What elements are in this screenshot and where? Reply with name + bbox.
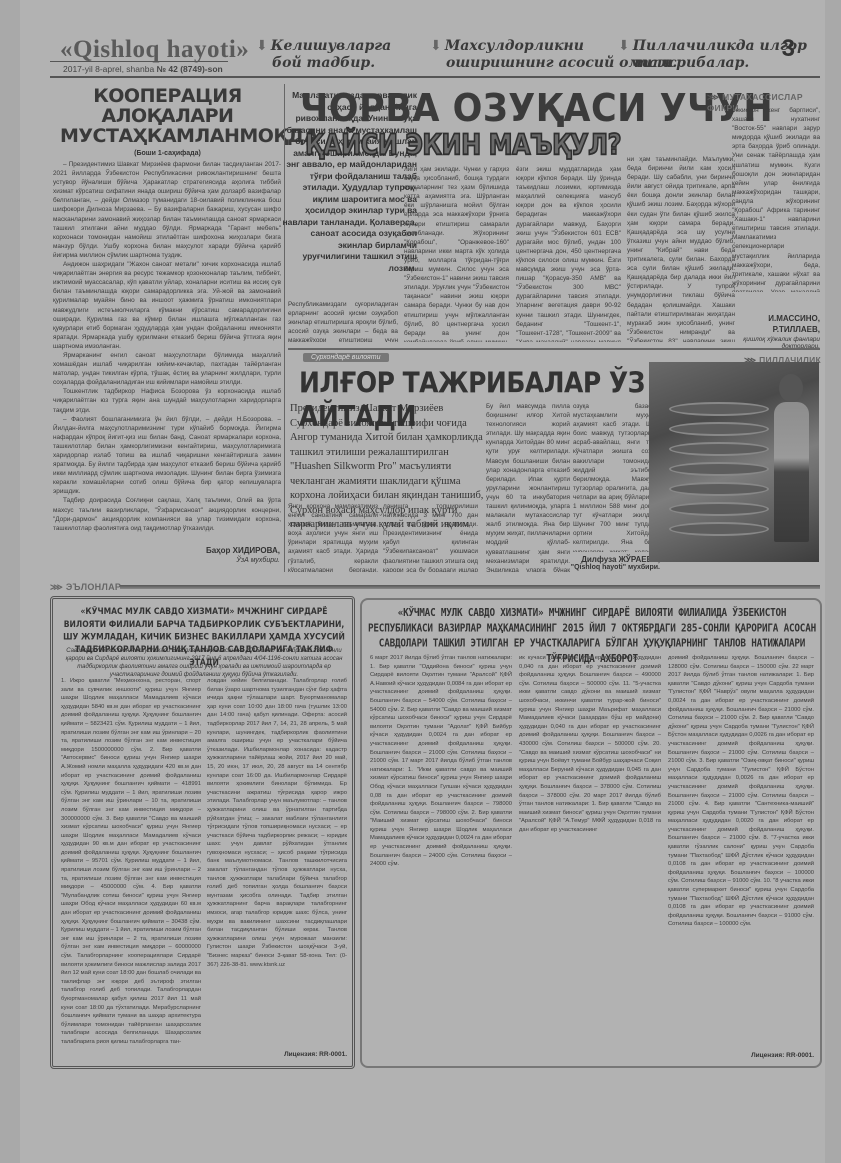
masthead-divider [50, 76, 820, 78]
ad1-col-2: ловдан кейин белгиланади. Талабгорлар ғо… [207, 677, 347, 1047]
arrow-down-icon: ⬇ [256, 38, 268, 54]
section-tag-ads: ⋙ ЭЪЛОНЛАР [50, 582, 121, 593]
ad2-col-2: ик кучаси (шаҳардан бўш ер майдони) ҳуду… [519, 654, 661, 1059]
silk-col-1: Янги корхона мамлакатимиз енгил саноатин… [288, 502, 378, 572]
ad2-col-3: доимий фойдаланиш ҳуқуқи. Бошланғич баҳо… [668, 654, 814, 1049]
teaser-1[interactable]: ⬇Келишувларга бой тадбир. [256, 38, 391, 72]
silkworm-trays-photo [649, 362, 819, 562]
ad1-col-1: 1. Ижро қаватли "Меҳмонхона, ресторан, с… [61, 677, 201, 1057]
headline-fodder-1: ЧОРВА ОЗУҚАСИ УЧУН [300, 87, 773, 131]
newspaper-title: «Qishloq hayoti» [60, 36, 249, 64]
section-marker-icon: ⋙ [50, 582, 66, 592]
issue-number: № 42 (8749)-son [157, 64, 223, 74]
newspaper-page: «Qishloq hayoti» 2017-yil 8-aprel, shanb… [20, 0, 825, 1163]
region-tag: Сурхондарё вилояти [303, 353, 389, 362]
author-fodder-1: И.МАССИНО, [720, 314, 820, 323]
section-marker-icon: ⋙ [707, 92, 722, 102]
fodder-col-3: ёзги экиш муддатларида ҳам юқори кўкпоя … [516, 165, 621, 342]
ad-tender-results: «КЎЧМАС МУЛК САВДО ХИЗМАТИ» МЧЖНИНГ СИРД… [360, 598, 822, 1068]
ad-tender-invitation: «КЎЧМАС МУЛК САВДО ХИЗМАТИ» МЧЖНИНГ СИРД… [50, 596, 355, 1069]
fodder-col-2: лиги ҳам экилади. Чунки у гарҳиз озуқа ҳ… [404, 165, 509, 342]
silk-col-4: озуқа базаси мустаҳкамлиги муҳим аҳамият… [573, 402, 655, 552]
silk-col-3: Бу йил мавсумда пилла боқишнинг илғор Хи… [486, 402, 570, 572]
fodder-col-1: Республикамиздаги суғориладиган ерларнин… [288, 300, 398, 342]
ad1-license: Лицензия: RR-0001. [213, 1051, 347, 1058]
issue-date-line: 2017-yil 8-aprel, shanba № 42 (8749)-son [63, 64, 223, 74]
arrow-down-icon: ⬇ [430, 38, 442, 54]
ads-section-bar [120, 585, 820, 589]
masthead-rule [50, 61, 228, 62]
page-number: 3 [782, 35, 795, 63]
teaser-3[interactable]: ⬇Пиллачиликда илгор тажрибалар. [618, 38, 807, 72]
author-fodder-2: Р.ТИЛЛАЕВ, [720, 325, 820, 334]
ad2-col-1: 6 март 2017 йилда бўлиб ўтган танлов нат… [370, 654, 512, 1059]
author-cooperation: Баҳор ХИДИРОВА, [160, 546, 280, 555]
section-divider [288, 348, 820, 350]
author-role-sericulture: "Qishloq hayoti" мухбири. [540, 564, 660, 571]
arrow-down-icon: ⬇ [618, 38, 630, 54]
headline-fodder-2: ҚАЙСИ ЭКИН МАЪҚУЛ? [305, 128, 621, 162]
author-sericulture: Дилфуза ЖЎРАЕВА, [560, 555, 660, 564]
continuation-note: (Боши 1-саҳифада) [60, 150, 275, 157]
article-body-cooperation: – Президентимиз Шавкат Мирзиёев фармони … [53, 160, 281, 532]
silk-col-2: ланишга топширилиши натижасида 3 минг 70… [383, 502, 478, 572]
ad1-subtitle: Савдолар Ўзбекистон Республикаси Вазирла… [63, 647, 345, 679]
fodder-col-4: ни ҳам таъминлайди. Маълумки, беда бирин… [627, 155, 735, 342]
headline-cooperation: КООПЕРАЦИЯ АЛОҚАЛАРИ МУСТАҲКАМЛАНМОҚДА [60, 86, 275, 146]
fodder-col-5: бекистон кенг баргписи", хашаки нухатнин… [732, 106, 820, 292]
issue-date: 2017-yil 8-aprel, shanba [63, 64, 154, 74]
author-role-cooperation: ЎзА мухбири. [160, 557, 280, 564]
ad2-license: Лицензия: RR-0001. [672, 1052, 814, 1059]
